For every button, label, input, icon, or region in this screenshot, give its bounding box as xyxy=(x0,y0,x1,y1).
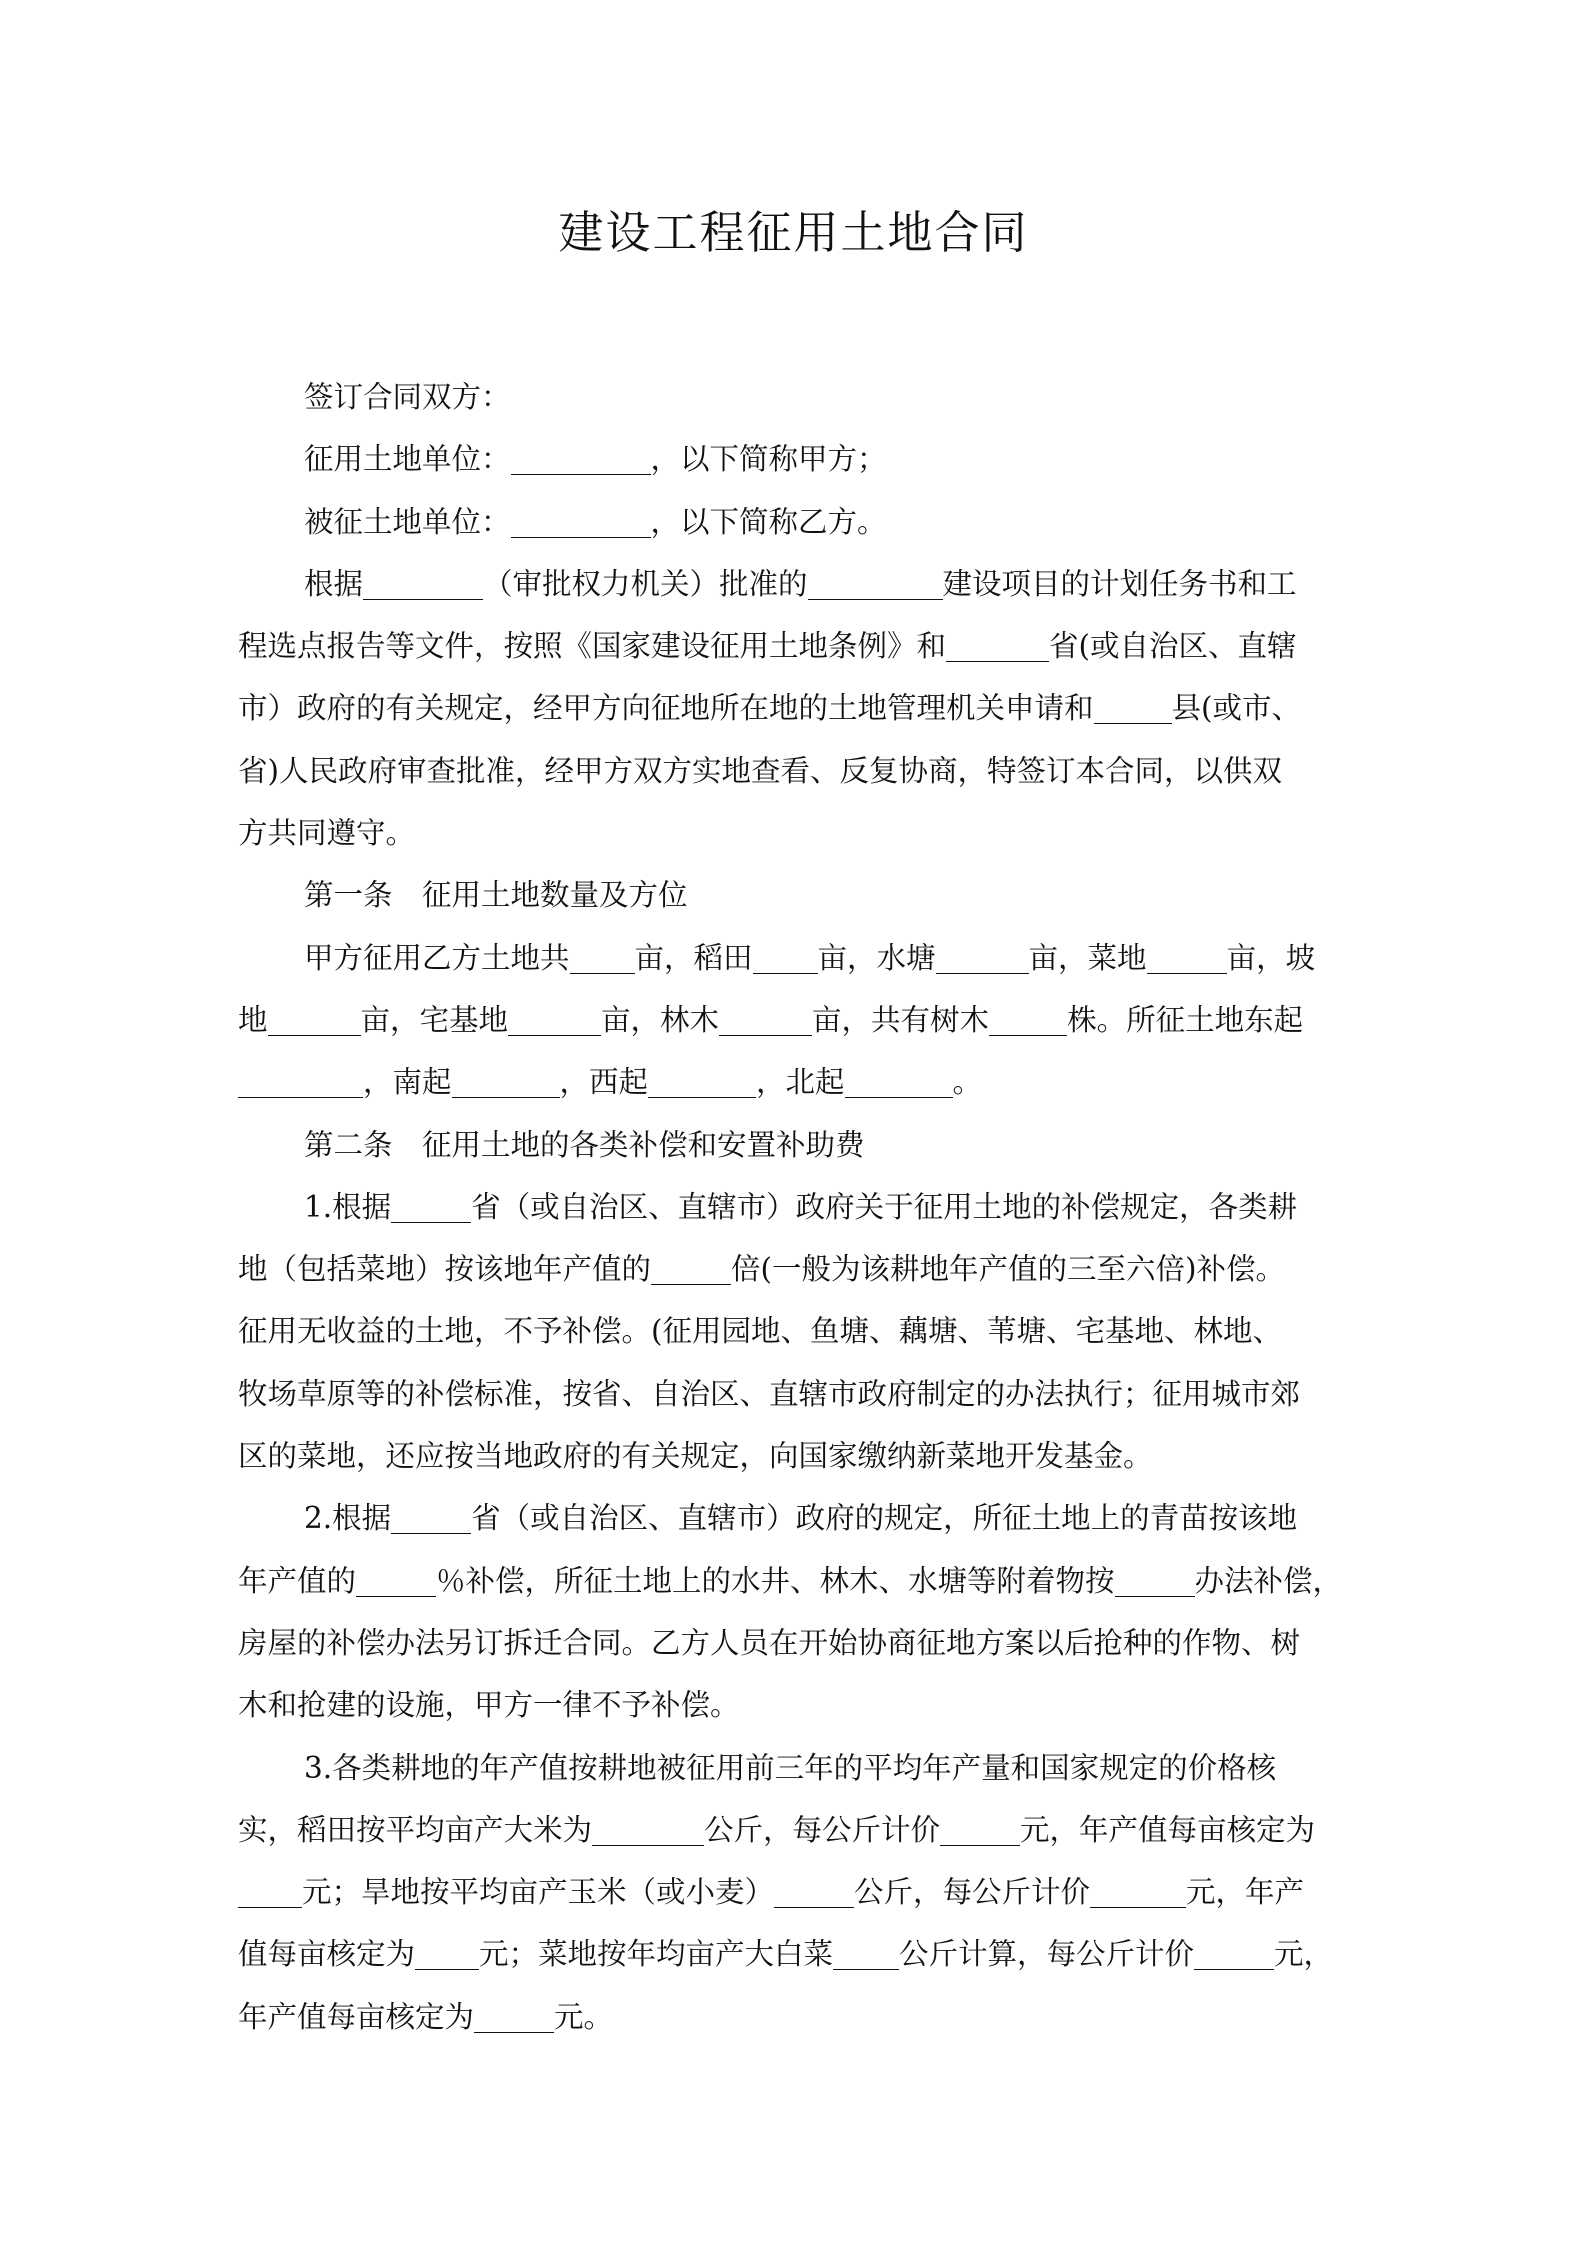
text-line: 甲方征用乙方土地共亩，稻田亩，水塘亩，菜地亩，坡 xyxy=(238,927,1388,989)
text-segment: 亩，林木 xyxy=(601,1003,719,1037)
text-line: 地亩，宅基地亩，林木亩，共有树木株。所征土地东起 xyxy=(238,989,1388,1051)
text-line: 签订合同双方： xyxy=(238,366,1388,428)
fill-in-blank xyxy=(1194,1933,1274,1970)
fill-in-blank xyxy=(570,937,635,974)
text-segment: 程选点报告等文件，按照《国家建设征用土地条例》和 xyxy=(238,629,946,663)
fill-in-blank xyxy=(808,563,943,600)
text-segment: 亩，宅基地 xyxy=(361,1003,509,1037)
fill-in-blank xyxy=(946,625,1049,662)
fill-in-blank xyxy=(1115,1560,1195,1597)
text-segment: 元，年产 xyxy=(1186,1875,1304,1909)
text-line: 根据（审批权力机关）批准的建设项目的计划任务书和工 xyxy=(238,553,1388,615)
text-segment: 株。所征土地东起 xyxy=(1067,1003,1303,1037)
text-segment: 公斤计算，每公斤计价 xyxy=(899,1937,1194,1971)
document-title: 建设工程征用土地合同 xyxy=(0,196,1587,261)
fill-in-blank xyxy=(845,1061,953,1098)
text-segment: 元；菜地按年均亩产大白菜 xyxy=(479,1937,833,1971)
text-segment: 亩，菜地 xyxy=(1029,941,1147,975)
text-segment: 市）政府的有关规定，经甲方向征地所在地的土地管理机关申请和 xyxy=(238,691,1094,725)
text-segment: 征用无收益的土地，不予补偿。(征用园地、鱼塘、藕塘、苇塘、宅基地、林地、 xyxy=(238,1314,1282,1348)
fill-in-blank xyxy=(719,999,812,1036)
fill-in-blank xyxy=(511,438,651,475)
text-segment: ，西起 xyxy=(560,1065,649,1099)
fill-in-blank xyxy=(511,501,651,538)
text-segment: 地 xyxy=(238,1003,268,1037)
text-line: ，南起，西起，北起。 xyxy=(238,1051,1388,1113)
fill-in-blank xyxy=(648,1061,756,1098)
text-line: 房屋的补偿办法另订拆迁合同。乙方人员在开始协商征地方案以后抢种的作物、树 xyxy=(238,1612,1388,1674)
fill-in-blank xyxy=(508,999,601,1036)
text-segment: 办法补偿， xyxy=(1195,1564,1343,1598)
text-segment: 甲方征用乙方土地共 xyxy=(304,941,570,975)
text-segment: 根据 xyxy=(304,567,363,601)
text-line: 年产值每亩核定为元。 xyxy=(238,1986,1388,2048)
text-segment: 值每亩核定为 xyxy=(238,1937,415,1971)
text-line: 牧场草原等的补偿标准，按省、自治区、直辖市政府制定的办法执行；征用城市郊 xyxy=(238,1363,1388,1425)
fill-in-blank xyxy=(238,1871,302,1908)
text-segment: 亩，共有树木 xyxy=(812,1003,989,1037)
text-segment: ，以下简称乙方。 xyxy=(651,505,887,539)
text-line: 省)人民政府审查批准，经甲方双方实地查看、反复协商，特签订本合同，以供双 xyxy=(238,740,1388,802)
text-segment: 省（或自治区、直辖市）政府的规定，所征土地上的青苗按该地 xyxy=(471,1501,1297,1535)
text-segment: 元，年产值每亩核定为 xyxy=(1020,1813,1315,1847)
text-segment: 房屋的补偿办法另订拆迁合同。乙方人员在开始协商征地方案以后抢种的作物、树 xyxy=(238,1626,1300,1660)
text-line: 3.各类耕地的年产值按耕地被征用前三年的平均年产量和国家规定的价格核 xyxy=(238,1737,1388,1799)
fill-in-blank xyxy=(1147,937,1227,974)
fill-in-blank xyxy=(452,1061,560,1098)
text-segment: 第一条 征用土地数量及方位 xyxy=(304,878,688,912)
text-line: 方共同遵守。 xyxy=(238,802,1388,864)
text-segment: （审批权力机关）批准的 xyxy=(483,567,808,601)
text-segment: 地（包括菜地）按该地年产值的 xyxy=(238,1252,651,1286)
text-line: 2.根据省（或自治区、直辖市）政府的规定，所征土地上的青苗按该地 xyxy=(238,1487,1388,1549)
text-segment: 年产值每亩核定为 xyxy=(238,2000,474,2034)
text-segment: 元；旱地按平均亩产玉米（或小麦） xyxy=(302,1875,774,1909)
text-segment: 实，稻田按平均亩产大米为 xyxy=(238,1813,592,1847)
text-segment: 被征土地单位： xyxy=(304,505,511,539)
text-segment: 木和抢建的设施，甲方一律不予补偿。 xyxy=(238,1688,740,1722)
text-segment: 。 xyxy=(953,1065,983,1099)
text-segment: 省)人民政府审查批准，经甲方双方实地查看、反复协商，特签订本合同，以供双 xyxy=(238,754,1282,788)
fill-in-blank xyxy=(356,1560,436,1597)
text-segment: 征用土地单位： xyxy=(304,442,511,476)
text-segment: ，南起 xyxy=(363,1065,452,1099)
fill-in-blank xyxy=(833,1933,899,1970)
text-segment: 亩，坡 xyxy=(1227,941,1316,975)
text-segment: ，北起 xyxy=(756,1065,845,1099)
text-segment: 签订合同双方： xyxy=(304,380,511,414)
text-line: 征用无收益的土地，不予补偿。(征用园地、鱼塘、藕塘、苇塘、宅基地、林地、 xyxy=(238,1300,1388,1362)
text-line: 实，稻田按平均亩产大米为公斤，每公斤计价元，年产值每亩核定为 xyxy=(238,1799,1388,1861)
text-segment: 县(或市、 xyxy=(1172,691,1302,725)
fill-in-blank xyxy=(989,999,1067,1036)
text-segment: ，以下简称甲方； xyxy=(651,442,887,476)
fill-in-blank xyxy=(940,1809,1020,1846)
document-body: 签订合同双方：征用土地单位：，以下简称甲方；被征土地单位：，以下简称乙方。根据（… xyxy=(238,366,1388,2048)
text-line: 区的菜地，还应按当地政府的有关规定，向国家缴纳新菜地开发基金。 xyxy=(238,1425,1388,1487)
text-segment: 年产值的 xyxy=(238,1564,356,1598)
text-line: 年产值的％补偿，所征土地上的水井、林木、水塘等附着物按办法补偿， xyxy=(238,1550,1388,1612)
fill-in-blank xyxy=(1090,1871,1186,1908)
text-segment: 第二条 征用土地的各类补偿和安置补助费 xyxy=(304,1128,865,1162)
text-line: 元；旱地按平均亩产玉米（或小麦）公斤，每公斤计价元，年产 xyxy=(238,1861,1388,1923)
fill-in-blank xyxy=(474,1996,554,2033)
text-line: 程选点报告等文件，按照《国家建设征用土地条例》和省(或自治区、直辖 xyxy=(238,615,1388,677)
text-segment: 亩，水塘 xyxy=(818,941,936,975)
text-line: 值每亩核定为元；菜地按年均亩产大白菜公斤计算，每公斤计价元， xyxy=(238,1923,1388,1985)
text-segment: ％补偿，所征土地上的水井、林木、水塘等附着物按 xyxy=(436,1564,1115,1598)
fill-in-blank xyxy=(391,1497,471,1534)
text-segment: 2.根据 xyxy=(304,1501,391,1535)
fill-in-blank xyxy=(592,1809,704,1846)
fill-in-blank xyxy=(936,937,1029,974)
text-line: 第二条 征用土地的各类补偿和安置补助费 xyxy=(238,1114,1388,1176)
fill-in-blank xyxy=(1094,687,1172,724)
text-segment: 元， xyxy=(1274,1937,1333,1971)
text-segment: 建设项目的计划任务书和工 xyxy=(943,567,1297,601)
text-segment: 牧场草原等的补偿标准，按省、自治区、直辖市政府制定的办法执行；征用城市郊 xyxy=(238,1377,1300,1411)
text-segment: 1.根据 xyxy=(304,1190,391,1224)
text-segment: 省(或自治区、直辖 xyxy=(1049,629,1297,663)
text-segment: 公斤，每公斤计价 xyxy=(704,1813,940,1847)
text-line: 被征土地单位：，以下简称乙方。 xyxy=(238,491,1388,553)
text-segment: 方共同遵守。 xyxy=(238,816,415,850)
text-line: 木和抢建的设施，甲方一律不予补偿。 xyxy=(238,1674,1388,1736)
text-segment: 亩，稻田 xyxy=(635,941,753,975)
text-line: 第一条 征用土地数量及方位 xyxy=(238,864,1388,926)
text-line: 征用土地单位：，以下简称甲方； xyxy=(238,428,1388,490)
fill-in-blank xyxy=(774,1871,854,1908)
fill-in-blank xyxy=(753,937,818,974)
text-segment: 倍(一般为该耕地年产值的三至六倍)补偿。 xyxy=(731,1252,1285,1286)
text-line: 地（包括菜地）按该地年产值的倍(一般为该耕地年产值的三至六倍)补偿。 xyxy=(238,1238,1388,1300)
fill-in-blank xyxy=(391,1186,471,1223)
fill-in-blank xyxy=(238,1061,363,1098)
fill-in-blank xyxy=(415,1933,479,1970)
text-segment: 省（或自治区、直辖市）政府关于征用土地的补偿规定，各类耕 xyxy=(471,1190,1297,1224)
text-line: 市）政府的有关规定，经甲方向征地所在地的土地管理机关申请和县(或市、 xyxy=(238,677,1388,739)
text-line: 1.根据省（或自治区、直辖市）政府关于征用土地的补偿规定，各类耕 xyxy=(238,1176,1388,1238)
text-segment: 区的菜地，还应按当地政府的有关规定，向国家缴纳新菜地开发基金。 xyxy=(238,1439,1153,1473)
fill-in-blank xyxy=(268,999,361,1036)
fill-in-blank xyxy=(363,563,483,600)
fill-in-blank xyxy=(651,1248,731,1285)
text-segment: 3.各类耕地的年产值按耕地被征用前三年的平均年产量和国家规定的价格核 xyxy=(304,1751,1276,1785)
text-segment: 元。 xyxy=(554,2000,613,2034)
text-segment: 公斤，每公斤计价 xyxy=(854,1875,1090,1909)
